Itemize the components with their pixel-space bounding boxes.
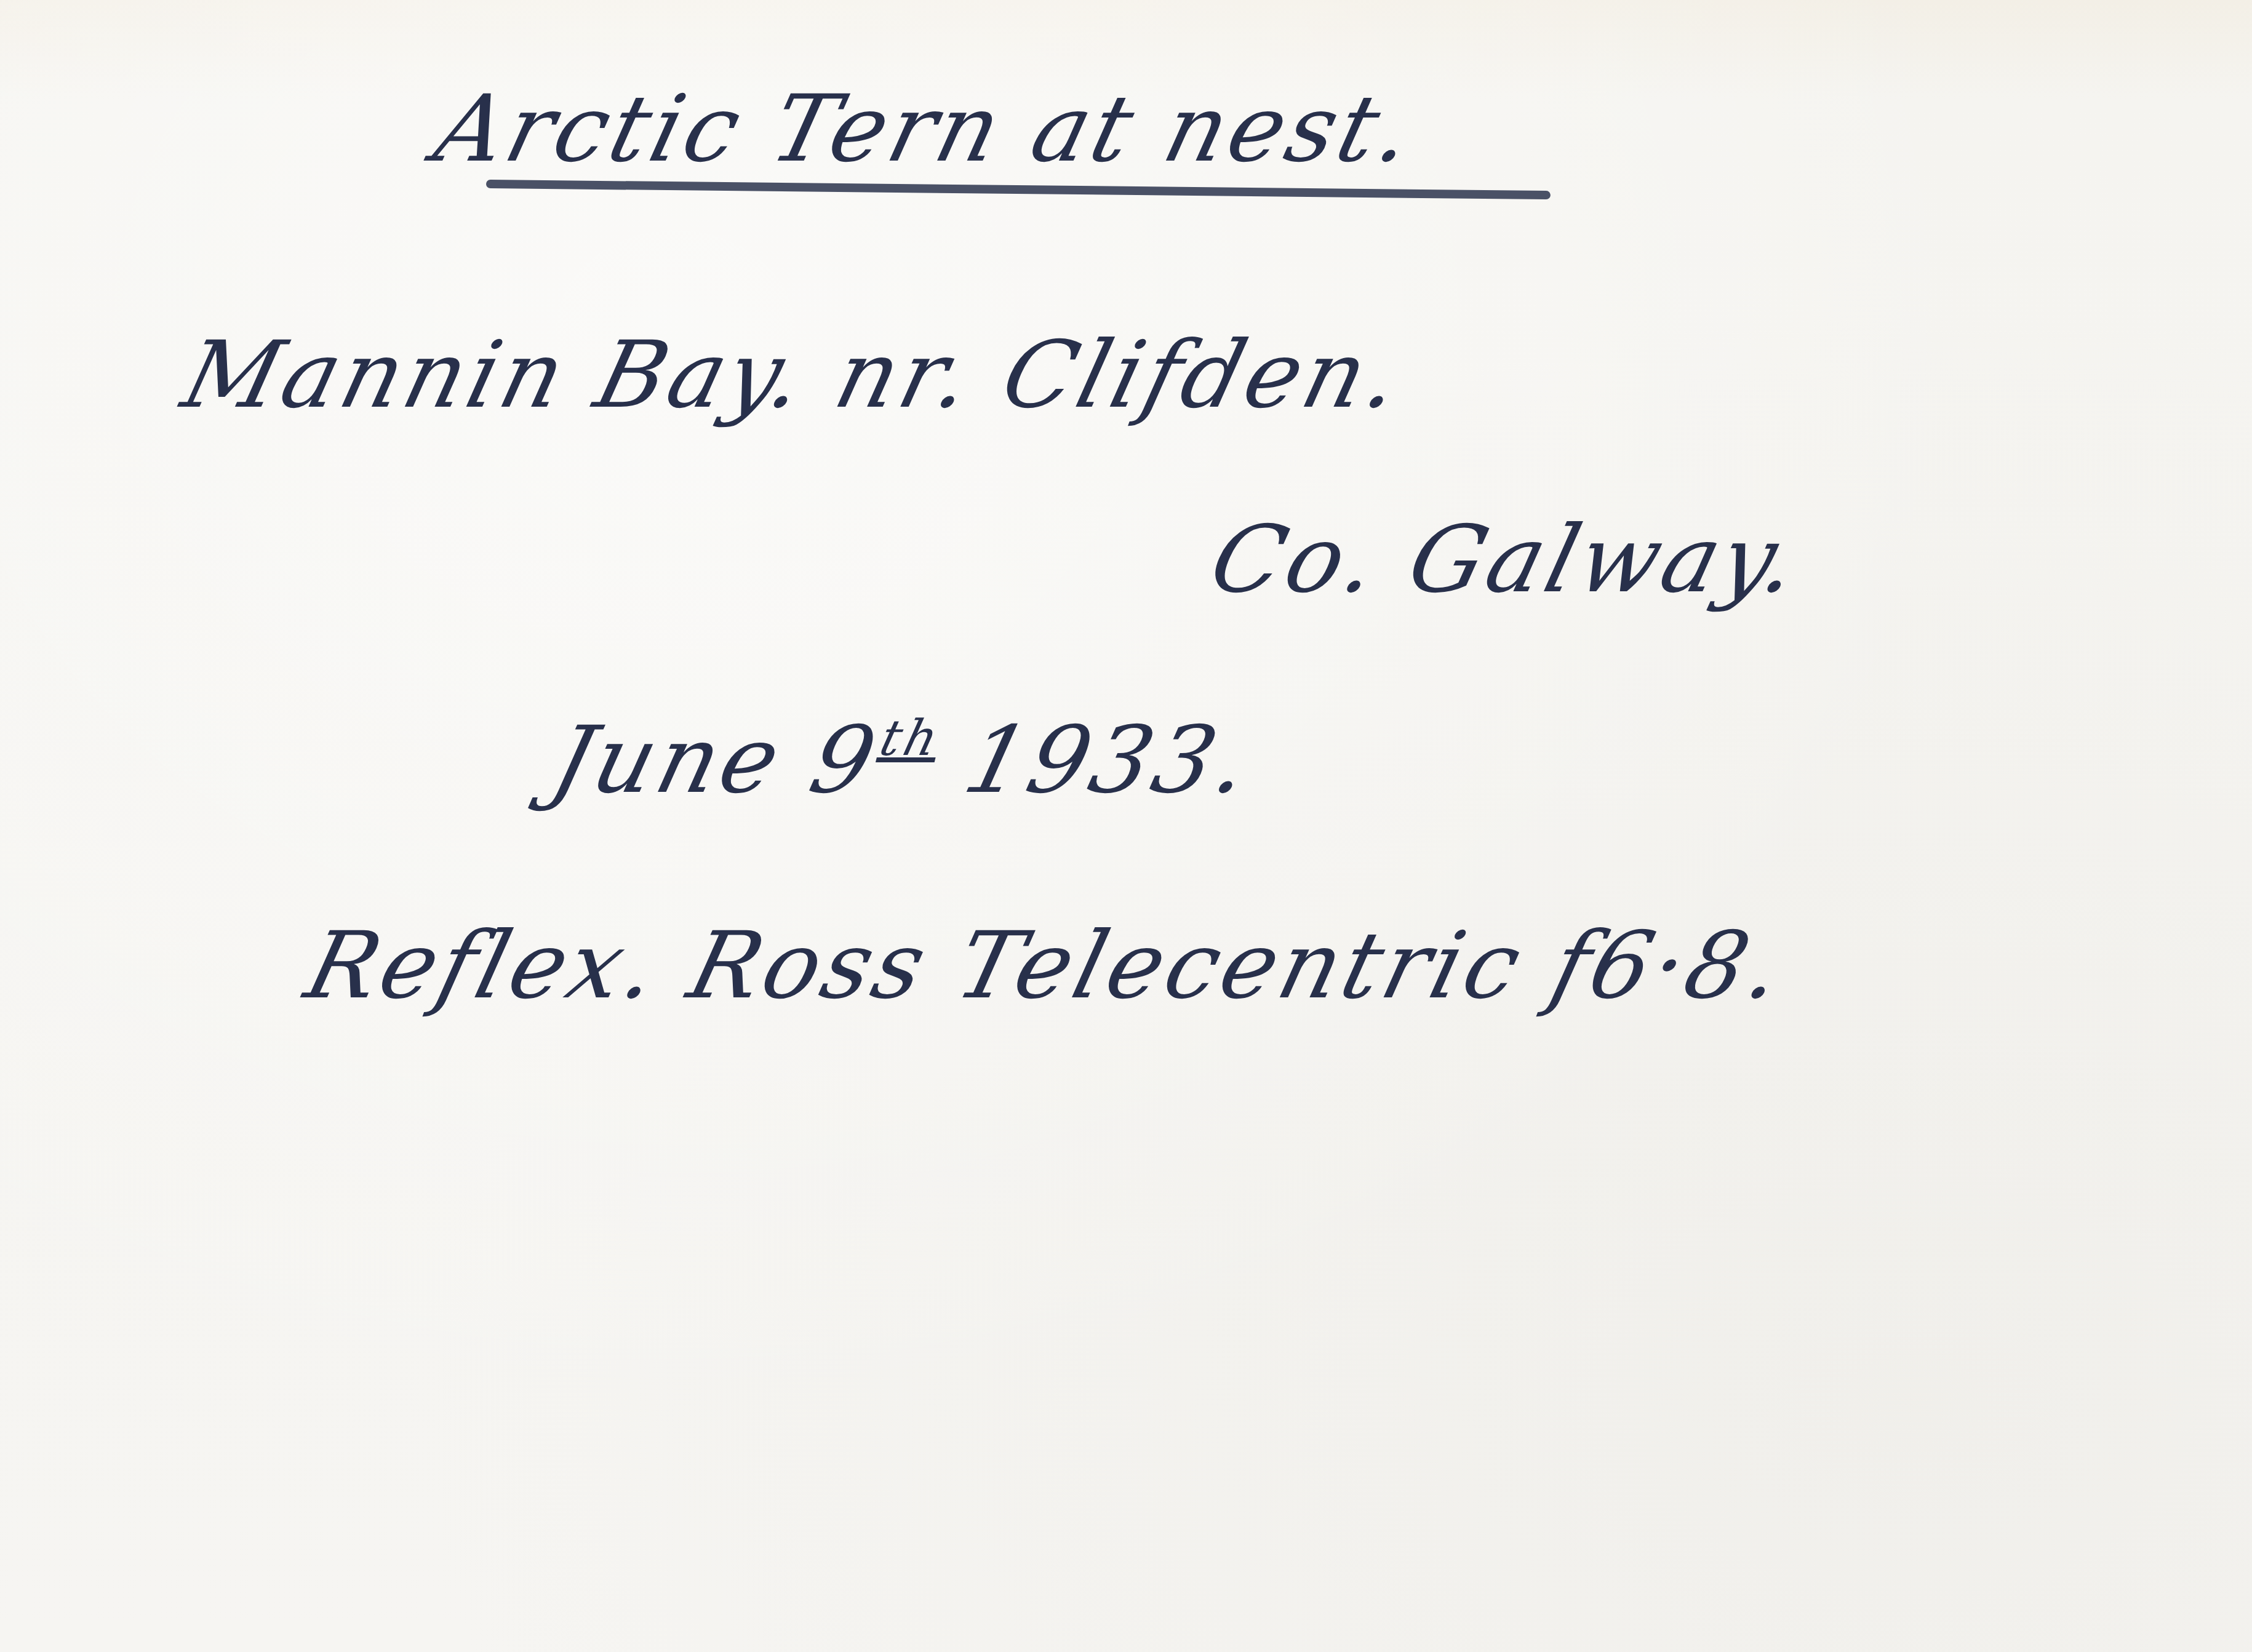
date-line: June 9th 1933.: [541, 683, 1270, 816]
date-month: June: [542, 707, 794, 814]
date-year: 1933.: [954, 707, 1264, 814]
card-title: Arctic Tern at nest.: [425, 74, 1427, 185]
location-line-1: Mannin Bay. nr. Clifden.: [172, 320, 1415, 431]
camera-line: Reflex. Ross Telecentric f6·8.: [295, 911, 1797, 1021]
location-line-2: Co. Galway.: [1200, 505, 1813, 615]
handwritten-card: Arctic Tern at nest. Mannin Bay. nr. Cli…: [0, 0, 2252, 1652]
